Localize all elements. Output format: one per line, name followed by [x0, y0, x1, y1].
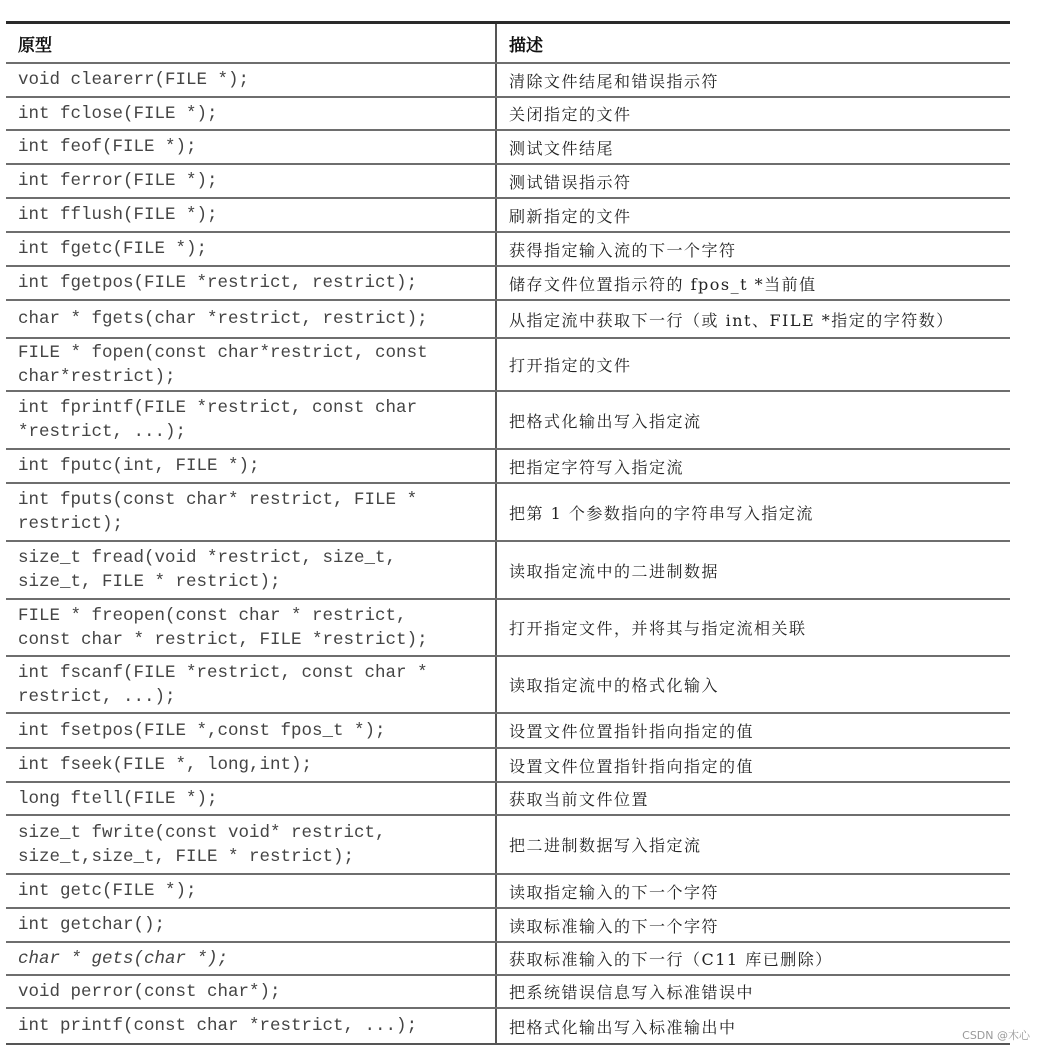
watermark: CSDN @木心 — [962, 1027, 1030, 1043]
description-cell: 设置文件位置指针指向指定的值 — [497, 749, 1010, 781]
prototype-cell: int fclose(FILE *); — [6, 98, 497, 129]
table-row: int getc(FILE *);读取指定输入的下一个字符 — [6, 875, 1010, 909]
prototype-cell: int fscanf(FILE *restrict, const char * … — [6, 657, 497, 712]
prototype-cell: int getchar(); — [6, 909, 497, 941]
table-row: int getchar();读取标准输入的下一个字符 — [6, 909, 1010, 943]
description-cell: 关闭指定的文件 — [497, 98, 1010, 129]
prototype-cell: int ferror(FILE *); — [6, 165, 497, 197]
prototype-cell: int printf(const char *restrict, ...); — [6, 1009, 497, 1043]
prototype-cell: int fseek(FILE *, long,int); — [6, 749, 497, 781]
prototype-cell: void perror(const char*); — [6, 976, 497, 1007]
prototype-cell: int fputc(int, FILE *); — [6, 450, 497, 482]
table-row: size_t fread(void *restrict, size_t, siz… — [6, 542, 1010, 600]
header-description: 描述 — [497, 24, 1010, 62]
description-cell: 获得指定输入流的下一个字符 — [497, 233, 1010, 265]
table-row: char * gets(char *);获取标准输入的下一行（C11 库已删除） — [6, 943, 1010, 976]
prototype-cell: long ftell(FILE *); — [6, 783, 497, 814]
table-body: void clearerr(FILE *);清除文件结尾和错误指示符int fc… — [6, 64, 1010, 1043]
table-row: int fputs(const char* restrict, FILE * r… — [6, 484, 1010, 542]
prototype-cell: int feof(FILE *); — [6, 131, 497, 163]
description-cell: 获取当前文件位置 — [497, 783, 1010, 814]
table-row: int ferror(FILE *);测试错误指示符 — [6, 165, 1010, 199]
prototype-cell: int fgetpos(FILE *restrict, restrict); — [6, 267, 497, 299]
description-cell: 把系统错误信息写入标准错误中 — [497, 976, 1010, 1007]
table-row: void clearerr(FILE *);清除文件结尾和错误指示符 — [6, 64, 1010, 98]
table-row: size_t fwrite(const void* restrict, size… — [6, 816, 1010, 875]
prototype-cell: int fputs(const char* restrict, FILE * r… — [6, 484, 497, 540]
description-cell: 读取指定流中的二进制数据 — [497, 542, 1010, 598]
description-cell: 测试错误指示符 — [497, 165, 1010, 197]
table-row: int printf(const char *restrict, ...);把格… — [6, 1009, 1010, 1043]
prototype-cell: char * gets(char *); — [6, 943, 497, 974]
prototype-cell: int getc(FILE *); — [6, 875, 497, 907]
description-cell: 把格式化输出写入标准输出中 — [497, 1009, 1010, 1043]
table-row: int fclose(FILE *);关闭指定的文件 — [6, 98, 1010, 131]
prototype-cell: int fprintf(FILE *restrict, const char *… — [6, 392, 497, 448]
table-row: void perror(const char*);把系统错误信息写入标准错误中 — [6, 976, 1010, 1009]
table-row: int fgetpos(FILE *restrict, restrict);储存… — [6, 267, 1010, 301]
prototype-cell: size_t fread(void *restrict, size_t, siz… — [6, 542, 497, 598]
description-cell: 从指定流中获取下一行（或 int、FILE *指定的字符数） — [497, 301, 1010, 337]
description-cell: 把格式化输出写入指定流 — [497, 392, 1010, 448]
description-cell: 把指定字符写入指定流 — [497, 450, 1010, 482]
table-row: FILE * fopen(const char*restrict, const … — [6, 339, 1010, 392]
table-row: long ftell(FILE *);获取当前文件位置 — [6, 783, 1010, 816]
prototype-cell: int fsetpos(FILE *,const fpos_t *); — [6, 714, 497, 747]
table-row: int fprintf(FILE *restrict, const char *… — [6, 392, 1010, 450]
table-row: int fgetc(FILE *);获得指定输入流的下一个字符 — [6, 233, 1010, 267]
header-prototype: 原型 — [6, 24, 497, 62]
table-row: FILE * freopen(const char * restrict, co… — [6, 600, 1010, 657]
table-row: int feof(FILE *);测试文件结尾 — [6, 131, 1010, 165]
prototype-cell: void clearerr(FILE *); — [6, 64, 497, 96]
description-cell: 读取指定流中的格式化输入 — [497, 657, 1010, 712]
table-row: int fsetpos(FILE *,const fpos_t *);设置文件位… — [6, 714, 1010, 749]
description-cell: 打开指定的文件 — [497, 339, 1010, 390]
description-cell: 测试文件结尾 — [497, 131, 1010, 163]
table-row: char * fgets(char *restrict, restrict);从… — [6, 301, 1010, 339]
prototype-cell: int fgetc(FILE *); — [6, 233, 497, 265]
description-cell: 把二进制数据写入指定流 — [497, 816, 1010, 873]
prototype-cell: size_t fwrite(const void* restrict, size… — [6, 816, 497, 873]
table-row: int fscanf(FILE *restrict, const char * … — [6, 657, 1010, 714]
prototype-cell: FILE * freopen(const char * restrict, co… — [6, 600, 497, 655]
prototype-cell: int fflush(FILE *); — [6, 199, 497, 231]
description-cell: 储存文件位置指示符的 fpos_t *当前值 — [497, 267, 1010, 299]
table-row: int fputc(int, FILE *);把指定字符写入指定流 — [6, 450, 1010, 484]
table-row: int fflush(FILE *);刷新指定的文件 — [6, 199, 1010, 233]
description-cell: 打开指定文件，并将其与指定流相关联 — [497, 600, 1010, 655]
description-cell: 获取标准输入的下一行（C11 库已删除） — [497, 943, 1010, 974]
prototype-cell: FILE * fopen(const char*restrict, const … — [6, 339, 497, 390]
description-cell: 清除文件结尾和错误指示符 — [497, 64, 1010, 96]
description-cell: 把第 1 个参数指向的字符串写入指定流 — [497, 484, 1010, 540]
description-cell: 刷新指定的文件 — [497, 199, 1010, 231]
table-row: int fseek(FILE *, long,int);设置文件位置指针指向指定… — [6, 749, 1010, 783]
table-header-row: 原型 描述 — [6, 24, 1010, 64]
description-cell: 设置文件位置指针指向指定的值 — [497, 714, 1010, 747]
description-cell: 读取指定输入的下一个字符 — [497, 875, 1010, 907]
prototype-cell: char * fgets(char *restrict, restrict); — [6, 301, 497, 337]
stdio-function-table: 原型 描述 void clearerr(FILE *);清除文件结尾和错误指示符… — [6, 21, 1010, 1045]
description-cell: 读取标准输入的下一个字符 — [497, 909, 1010, 941]
